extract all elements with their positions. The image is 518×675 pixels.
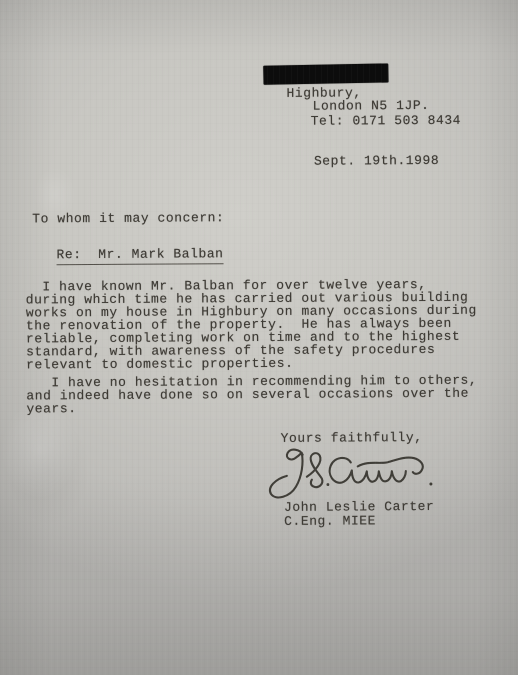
closing: Yours faithfully, [281, 431, 423, 445]
letter-date: Sept. 19th.1998 [314, 154, 439, 168]
signature-dot-2 [429, 482, 432, 485]
signer-title: C.Eng. MIEE [284, 514, 376, 528]
subject-line: Re: Mr. Mark Balban [56, 247, 223, 261]
body-line: and indeed have done so on several occas… [26, 387, 477, 403]
letter-content: Highbury, London N5 1JP. Tel: 0171 503 8… [0, 0, 518, 675]
signature-stroke-l [307, 453, 323, 487]
signer-name: John Leslie Carter [284, 500, 434, 514]
signature-dot-1 [326, 483, 329, 486]
body-line: relevant to domestic properties. [26, 356, 477, 372]
subject-text: Re: Mr. Mark Balban [56, 246, 223, 265]
letter-photo: Highbury, London N5 1JP. Tel: 0171 503 8… [0, 0, 518, 675]
body-paragraph-2: I have no hesitation in recommending him… [26, 374, 477, 416]
signature-stroke-j [270, 450, 303, 498]
sender-line-london: London N5 1JP. [313, 99, 430, 113]
body-paragraph-1: I have known Mr. Balban for over twelve … [26, 278, 478, 372]
sender-phone: Tel: 0171 503 8434 [311, 114, 461, 128]
salutation: To whom it may concern: [32, 211, 224, 225]
redaction-bar [263, 63, 388, 84]
